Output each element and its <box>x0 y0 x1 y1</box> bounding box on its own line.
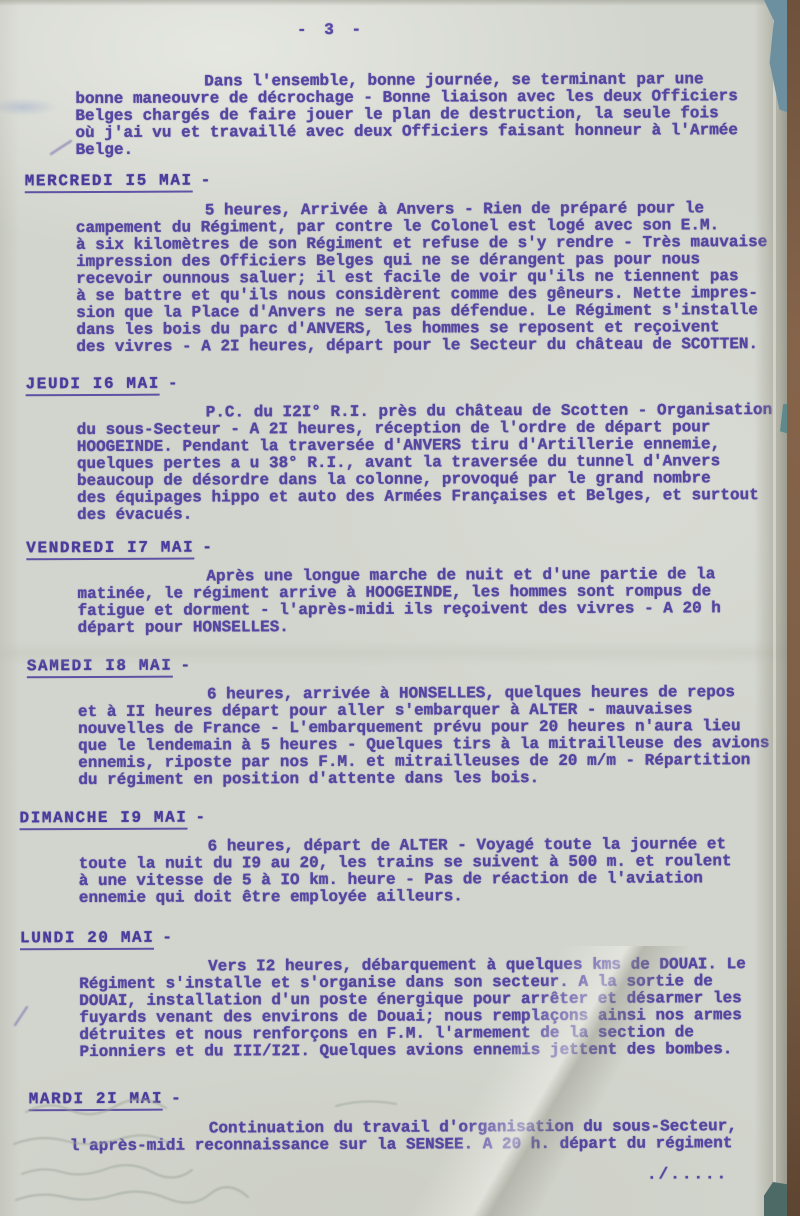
entry-heading: LUNDI 20 MAI- <box>20 927 794 947</box>
intro-paragraph: Dans l'ensemble, bonne journée, se termi… <box>75 71 782 159</box>
entry-date-label: MERCREDI I5 MAI <box>25 172 193 194</box>
diary-entry-mardi-21-mai: MARDI 2I MAI- Continuation du travail d'… <box>5 1088 795 1155</box>
diary-entry-samedi-18-mai: SAMEDI I8 MAI- 6 heures, arrivée à HONSE… <box>3 655 794 789</box>
heading-dash: - <box>162 929 173 947</box>
entry-body: Après une longue marche de nuit et d'une… <box>77 566 784 637</box>
entry-date-label: JEUDI I6 MAI <box>26 375 161 397</box>
entry-date-label: MARDI 2I MAI <box>29 1090 164 1112</box>
entry-heading: MARDI 2I MAI- <box>29 1088 795 1108</box>
entry-date-label: VENDREDI I7 MAI <box>26 539 194 561</box>
entry-heading: SAMEDI I8 MAI- <box>27 655 793 675</box>
entry-heading: MERCREDI I5 MAI- <box>25 170 791 190</box>
scanned-document-page: - 3 - Dans l'ensemble, bonne journée, se… <box>0 0 800 1216</box>
heading-dash: - <box>180 657 191 675</box>
entry-date-label: SAMEDI I8 MAI <box>27 657 173 679</box>
page-number: - 3 - <box>297 20 790 39</box>
diary-entry-dimanche-19-mai: DIMANCHE I9 MAI- 6 heures, départ de ALT… <box>3 807 793 907</box>
heading-dash: - <box>195 808 206 826</box>
continuation-mark: ./..... <box>647 1166 795 1184</box>
diary-entry-mercredi-15-mai: MERCREDI I5 MAI- 5 heures, Arrivée à Anv… <box>1 170 792 356</box>
diary-entry-lundi-20-mai: LUNDI 20 MAI- Vers I2 heures, débarqueme… <box>4 927 795 1061</box>
entry-body: Continuation du travail d'organisation d… <box>70 1118 787 1155</box>
diary-entry-vendredi-17-mai: VENDREDI I7 MAI- Après une longue marche… <box>2 537 792 637</box>
entry-body: P.C. du I2I° R.I. près du château de Sco… <box>77 402 785 524</box>
heading-dash: - <box>201 171 212 189</box>
entry-body: Vers I2 heures, débarquement à quelques … <box>79 956 786 1061</box>
entry-body: 5 heures, Arrivée à Anvers - Rien de pré… <box>76 200 784 356</box>
heading-dash: - <box>202 538 213 556</box>
entry-body: 6 heures, arrivée à HONSELLES, quelques … <box>78 684 785 789</box>
heading-dash: - <box>168 375 179 393</box>
entry-date-label: LUNDI 20 MAI <box>20 929 155 951</box>
diary-entry-jeudi-16-mai: JEUDI I6 MAI- P.C. du I2I° R.I. près du … <box>2 373 793 524</box>
paper-top-crease <box>0 0 790 6</box>
entry-date-label: DIMANCHE I9 MAI <box>19 809 187 831</box>
entry-body: 6 heures, départ de ALTER - Voyagé toute… <box>79 836 786 907</box>
entry-heading: JEUDI I6 MAI- <box>26 373 792 393</box>
heading-dash: - <box>171 1090 182 1108</box>
entry-heading: DIMANCHE I9 MAI- <box>19 807 793 827</box>
paper-sheet: - 3 - Dans l'ensemble, bonne journée, se… <box>0 0 790 1216</box>
entry-heading: VENDREDI I7 MAI- <box>26 537 792 557</box>
